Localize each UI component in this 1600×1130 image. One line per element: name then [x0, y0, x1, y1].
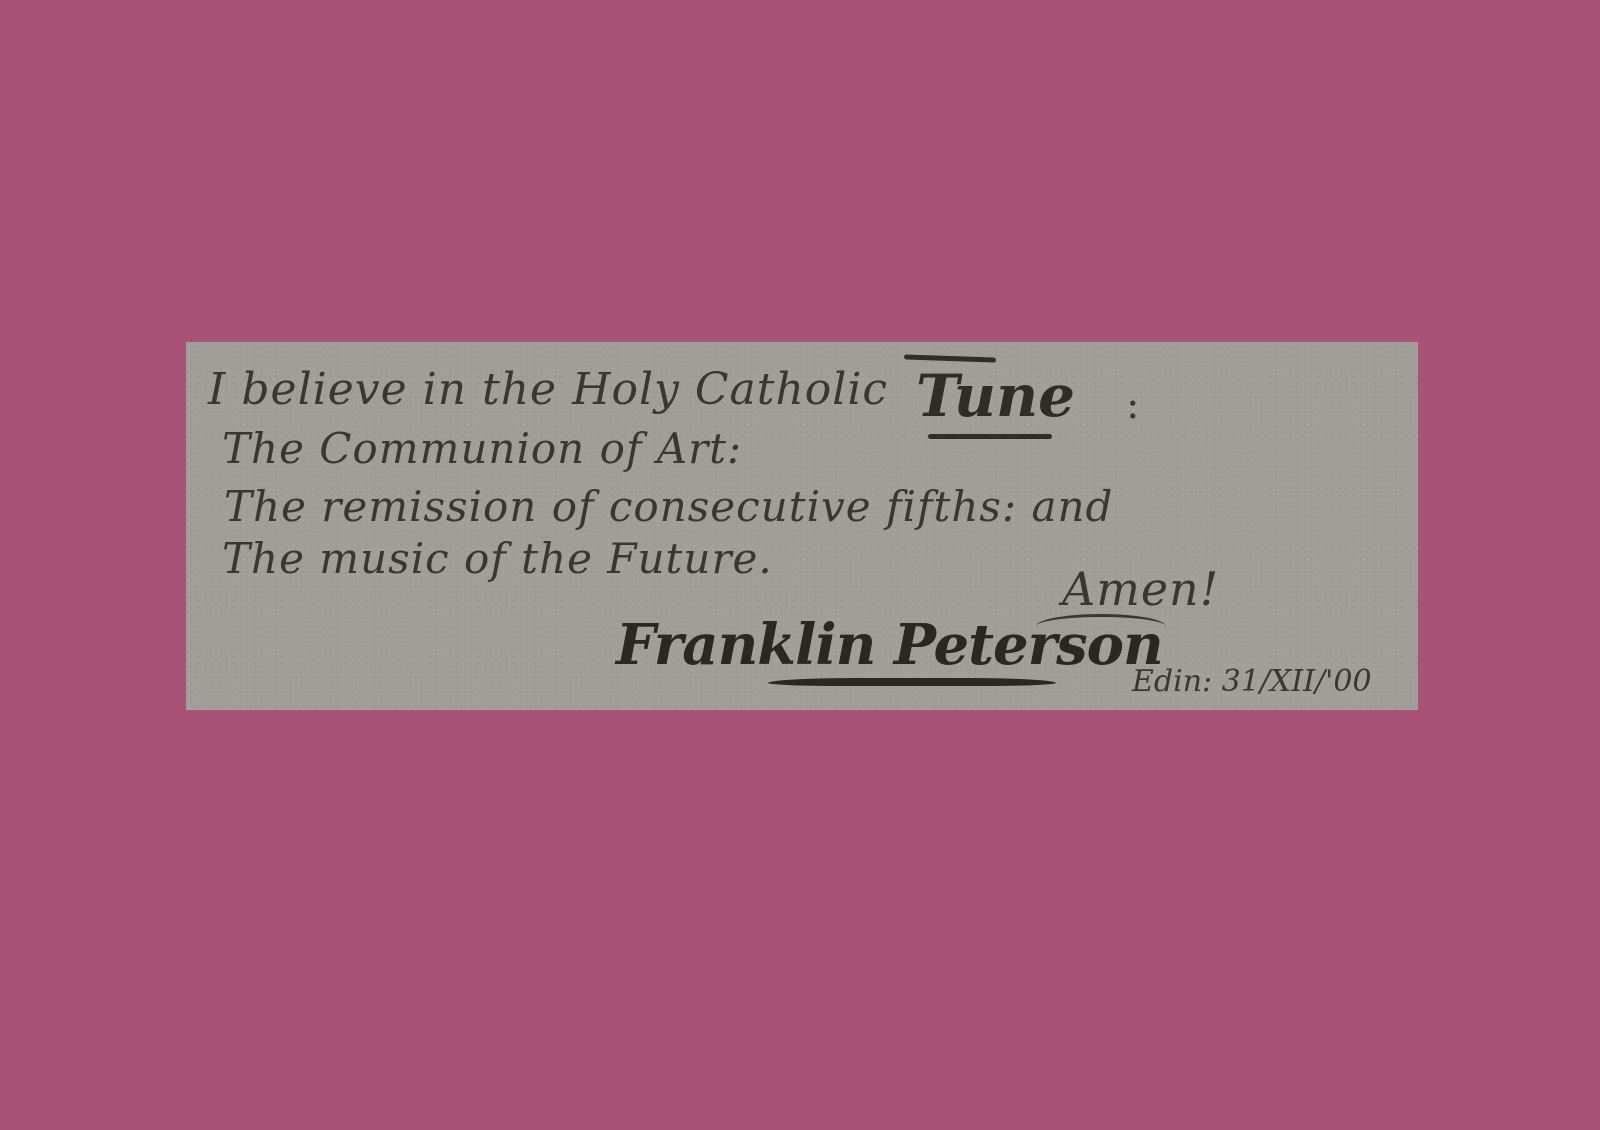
- emphasis-punctuation: :: [1126, 382, 1139, 428]
- place-date-line: Edin: 31/XII/'00: [1132, 664, 1372, 699]
- closing-amen: Amen!: [1062, 562, 1219, 616]
- signature-underline: [768, 678, 1056, 686]
- emphasis-word: Tune: [916, 362, 1075, 430]
- handwritten-note-card: I believe in the Holy Catholic Tune : Th…: [186, 342, 1418, 710]
- note-line-3: The remission of consecutive fifths: and: [224, 482, 1113, 531]
- note-line-1: I believe in the Holy Catholic: [208, 364, 888, 415]
- note-line-4: The music of the Future.: [222, 534, 773, 583]
- signature: Franklin Peterson: [616, 612, 1163, 678]
- tune-underline: [928, 434, 1052, 439]
- note-line-2: The Communion of Art:: [222, 424, 742, 473]
